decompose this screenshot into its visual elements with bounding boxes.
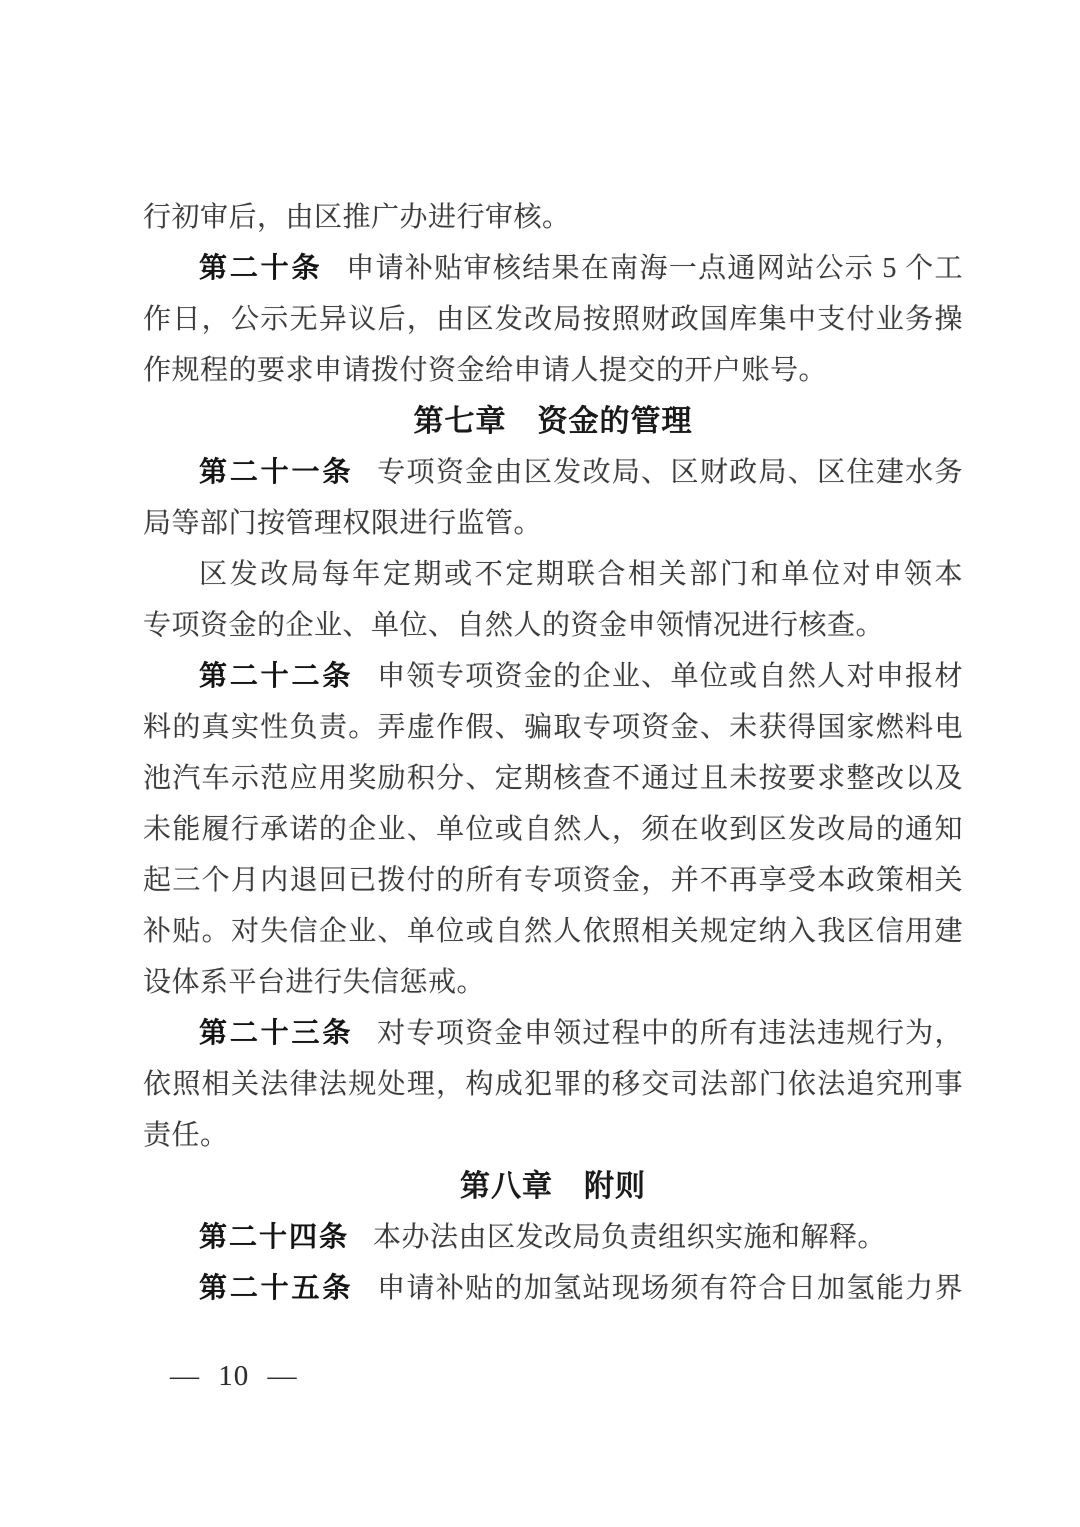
text-line: 补贴。对失信企业、单位或自然人依照相关规定纳入我区信用建 bbox=[143, 906, 963, 957]
article-number: 第二十二条 bbox=[199, 661, 353, 692]
text-line: 局等部门按管理权限进行监管。 bbox=[143, 498, 963, 549]
article-number: 第二十条 bbox=[199, 253, 322, 284]
text-line: 区发改局每年定期或不定期联合相关部门和单位对申领本 bbox=[143, 549, 963, 600]
text-line: 未能履行承诺的企业、单位或自然人，须在收到区发改局的通知 bbox=[143, 804, 963, 855]
document-body: 行初审后，由区推广办进行审核。第二十条申请补贴审核结果在南海一点通网站公示 5 … bbox=[143, 192, 963, 1314]
article-text: 申请补贴的加氢站现场须有符合日加氢能力界 bbox=[377, 1273, 963, 1304]
text-line: 设体系平台进行失信惩戒。 bbox=[143, 957, 963, 1008]
page-number: — 10 — bbox=[170, 1360, 298, 1393]
article-number: 第二十五条 bbox=[199, 1273, 353, 1304]
text-line: 第二十三条对专项资金申领过程中的所有违法违规行为， bbox=[143, 1008, 963, 1059]
text-line: 池汽车示范应用奖励积分、定期核查不通过且未按要求整改以及 bbox=[143, 753, 963, 804]
text-line: 第二十条申请补贴审核结果在南海一点通网站公示 5 个工 bbox=[143, 243, 963, 294]
text-line: 第二十二条申领专项资金的企业、单位或自然人对申报材 bbox=[143, 651, 963, 702]
article-text: 对专项资金申领过程中的所有违法违规行为， bbox=[377, 1018, 963, 1049]
article-text: 申领专项资金的企业、单位或自然人对申报材 bbox=[377, 661, 963, 692]
text-line: 行初审后，由区推广办进行审核。 bbox=[143, 192, 963, 243]
text-line: 专项资金的企业、单位、自然人的资金申领情况进行核查。 bbox=[143, 600, 963, 651]
text-line: 作日，公示无异议后，由区发改局按照财政国库集中支付业务操 bbox=[143, 294, 963, 345]
article-number: 第二十一条 bbox=[199, 457, 353, 488]
chapter-heading: 第八章 附则 bbox=[143, 1161, 963, 1212]
text-line: 料的真实性负责。弄虚作假、骗取专项资金、未获得国家燃料电 bbox=[143, 702, 963, 753]
document-page: 行初审后，由区推广办进行审核。第二十条申请补贴审核结果在南海一点通网站公示 5 … bbox=[0, 0, 1080, 1527]
chapter-heading: 第七章 资金的管理 bbox=[143, 396, 963, 447]
text-line: 责任。 bbox=[143, 1110, 963, 1161]
article-text: 专项资金由区发改局、区财政局、区住建水务 bbox=[377, 457, 963, 488]
text-line: 起三个月内退回已拨付的所有专项资金，并不再享受本政策相关 bbox=[143, 855, 963, 906]
text-line: 第二十一条专项资金由区发改局、区财政局、区住建水务 bbox=[143, 447, 963, 498]
article-text: 申请补贴审核结果在南海一点通网站公示 5 个工 bbox=[346, 253, 963, 284]
text-line: 第二十五条申请补贴的加氢站现场须有符合日加氢能力界 bbox=[143, 1263, 963, 1314]
article-text: 本办法由区发改局负责组织实施和解释。 bbox=[373, 1222, 886, 1253]
text-line: 第二十四条本办法由区发改局负责组织实施和解释。 bbox=[143, 1212, 963, 1263]
text-line: 作规程的要求申请拨付资金给申请人提交的开户账号。 bbox=[143, 345, 963, 396]
article-number: 第二十三条 bbox=[199, 1018, 353, 1049]
article-number: 第二十四条 bbox=[199, 1222, 349, 1253]
text-line: 依照相关法律法规处理，构成犯罪的移交司法部门依法追究刑事 bbox=[143, 1059, 963, 1110]
